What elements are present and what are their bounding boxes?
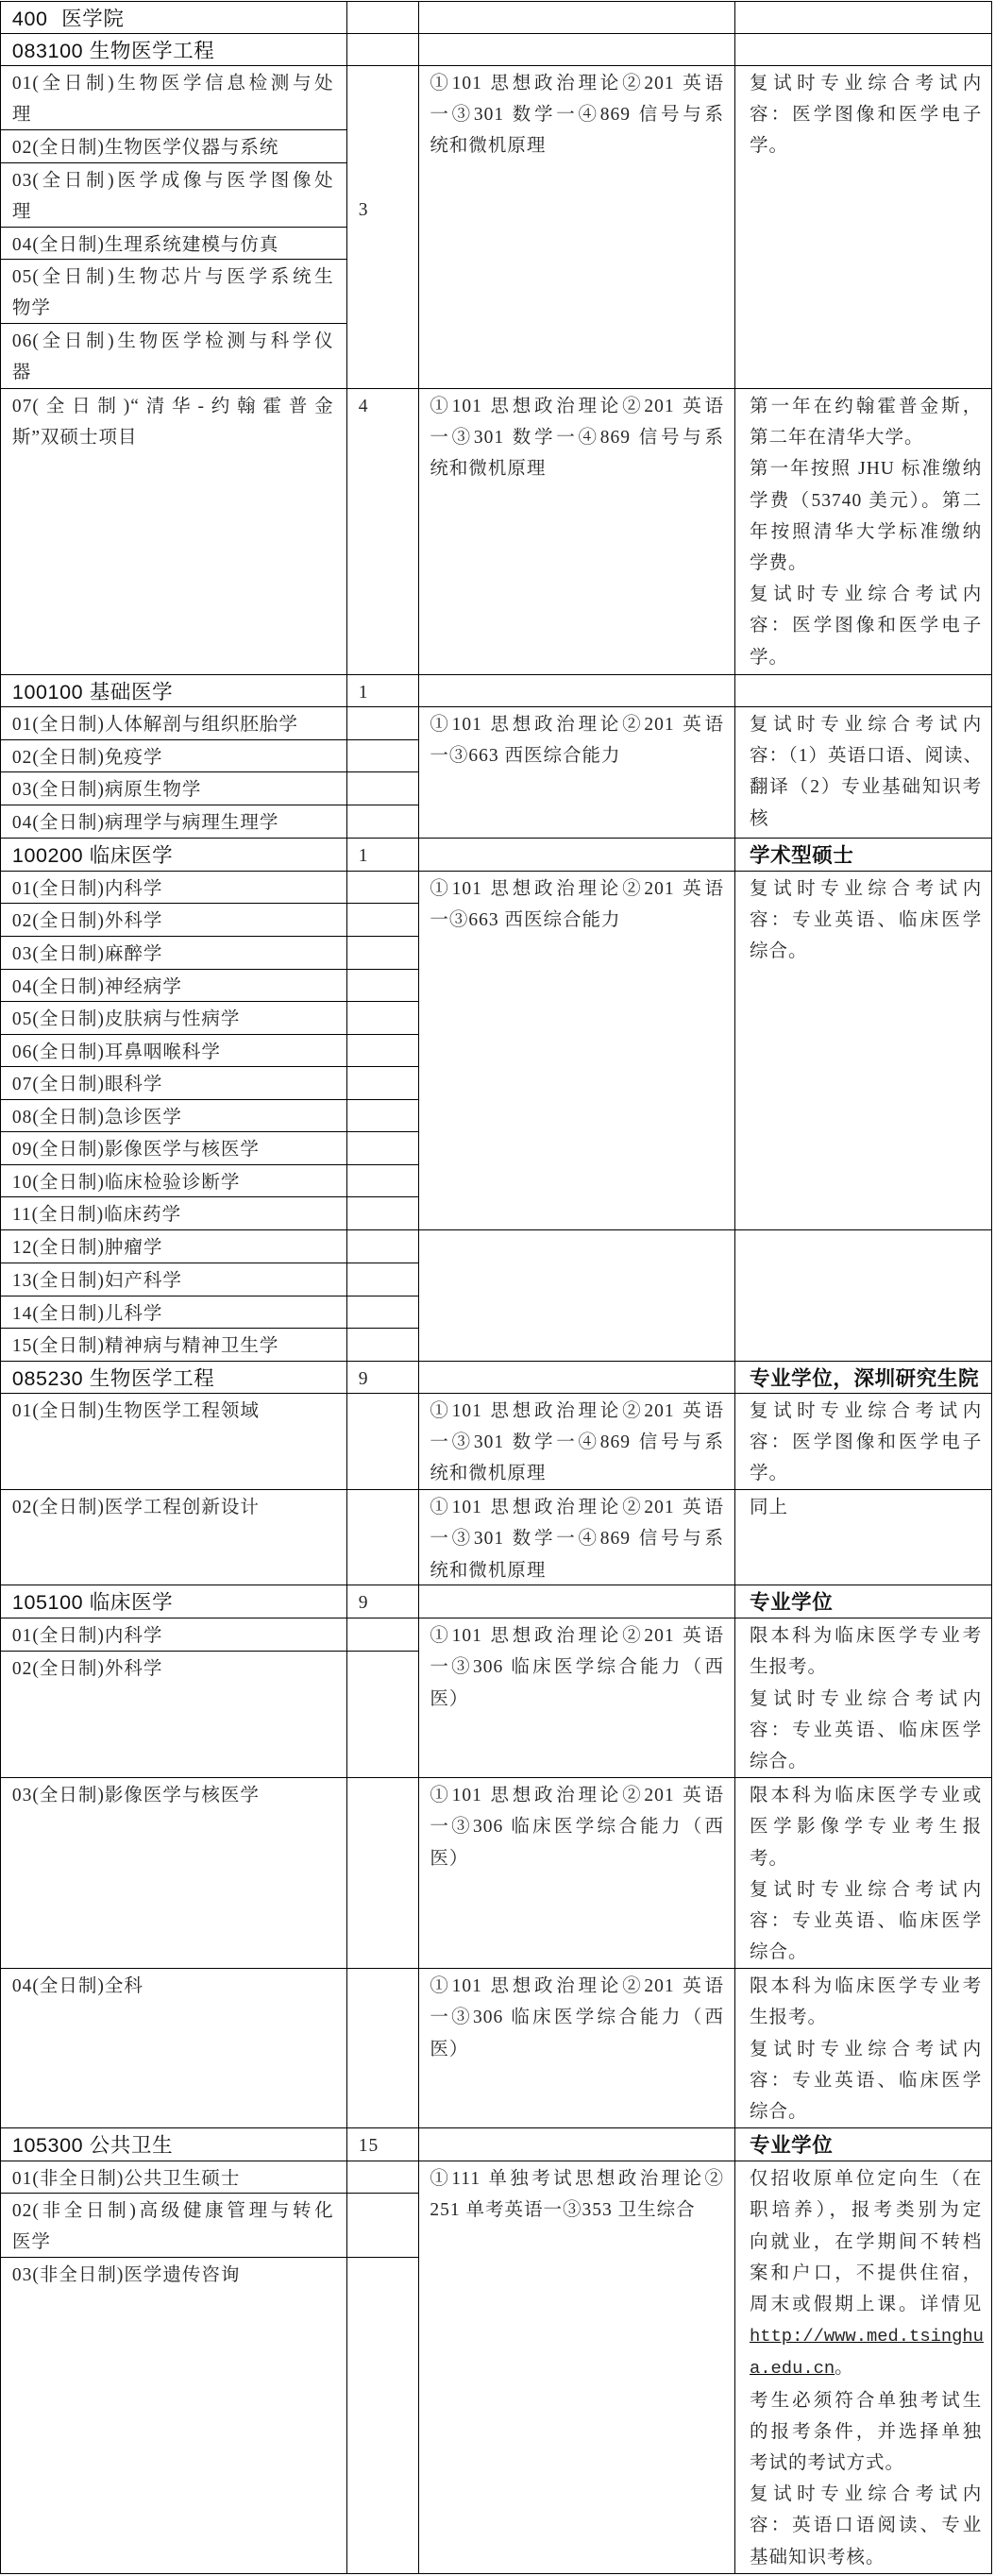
text-line: 年按照清华大学标准缴纳 [750, 517, 982, 548]
text-line: 05(全日制)生物芯片与医学系统生 [12, 262, 334, 293]
quota-cell: 9 [347, 1585, 419, 1618]
direction-cell: 09(全日制)影像医学与核医学 [1, 1132, 346, 1165]
text-line: 容：专业英语、临床医学 [750, 1715, 982, 1746]
text-line: 复试时专业综合考试内 [750, 1396, 982, 1427]
direction-cell: 14(全日制)儿科学 [1, 1296, 346, 1330]
exam-subjects-cell [419, 1230, 735, 1361]
direction-cell: 01(全日制)生物医学工程领域 [1, 1394, 346, 1490]
quota-cell [347, 1394, 419, 1490]
quota-cell [347, 970, 419, 1002]
text-line: 统和微机原理 [430, 453, 724, 484]
text-line: 一③306 临床医学综合能力（西 [430, 1652, 724, 1683]
text-line: 一③301 数学一④869 信号与系 [430, 422, 724, 453]
notes-cell [735, 675, 992, 707]
exam-subjects-cell [419, 2, 735, 34]
text-line: 综合。 [750, 2096, 982, 2127]
text-line: 理 [12, 99, 334, 130]
text-line: 核 [750, 804, 982, 835]
quota-cell [347, 1165, 419, 1197]
text-line: 限本科为临床医学专业考 [750, 1620, 982, 1652]
notes-cell [735, 1230, 992, 1361]
text-line: 复试时专业综合考试内 [750, 2034, 982, 2065]
direction-cell: 06(全日制)耳鼻咽喉科学 [1, 1035, 346, 1067]
text-line: 复试时专业综合考试内 [750, 1874, 982, 1906]
direction-cell: 02(全日制)生物医学仪器与系统 [1, 130, 346, 163]
quota-cell [347, 740, 419, 772]
degree-type-label: 专业学位，深圳研究生院 [735, 1362, 992, 1394]
degree-type-label: 专业学位 [735, 1585, 992, 1618]
text-line: 考试的考试方式。 [750, 2448, 982, 2479]
text-line: 一③663 西医综合能力 [430, 905, 724, 936]
text-line: 复试时专业综合考试内 [750, 579, 982, 610]
direction-cell: 03(全日制)麻醉学 [1, 937, 346, 970]
text-line: 理 [12, 196, 334, 228]
quota-cell [347, 805, 419, 839]
text-line: 统和微机原理 [430, 130, 724, 161]
direction-cell: 01(全日制)人体解剖与组织胚胎学 [1, 707, 346, 740]
quota-cell [347, 1329, 419, 1361]
text-line: 一③306 临床医学综合能力（西 [430, 1811, 724, 1842]
text-line: 考。 [750, 1843, 982, 1874]
direction-cell: 02(非全日制)高级健康管理与转化医学 [1, 2194, 346, 2258]
exam-subjects-cell: ①101 思想政治理论②201 英语一③301 数学一④869 信号与系统和微机… [419, 1394, 735, 1490]
exam-subjects-cell: ①101 思想政治理论②201 英语一③306 临床医学综合能力（西医） [419, 1778, 735, 1969]
direction-cell: 10(全日制)临床检验诊断学 [1, 1165, 346, 1197]
direction-cell: 02(全日制)免疫学 [1, 740, 346, 772]
paragraph: 复试时专业综合考试内容：（1）英语口语、阅读、翻译（2）专业基础知识考核 [750, 709, 982, 835]
exam-subjects-cell: ①101 思想政治理论②201 英语一③663 西医综合能力 [419, 872, 735, 1230]
notes-cell: 同上 [735, 1490, 992, 1585]
quota-cell [347, 2194, 419, 2258]
text-line: 仅招收原单位定向生（在 [750, 2163, 982, 2195]
direction-cell: 02(全日制)医学工程创新设计 [1, 1490, 346, 1585]
program-header: 100100 基础医学 [1, 675, 346, 707]
text-line: 综合。 [750, 1937, 982, 1968]
program-header: 085230 生物医学工程 [1, 1362, 346, 1394]
text-line: 统和微机原理 [430, 1458, 724, 1489]
quota-cell [347, 1778, 419, 1969]
quota-cell [347, 1618, 419, 1652]
quota-cell [347, 707, 419, 740]
direction-cell: 03(全日制)影像医学与核医学 [1, 1778, 346, 1969]
exam-subjects-cell: ①101 思想政治理论②201 英语一③663 西医综合能力 [419, 707, 735, 839]
quota-cell [347, 1100, 419, 1132]
website-link-line: a.edu.cn。 [750, 2352, 982, 2384]
text-line: 限本科为临床医学专业考 [750, 1971, 982, 2002]
notes-cell: 复试时专业综合考试内容：（1）英语口语、阅读、翻译（2）专业基础知识考核 [735, 707, 992, 839]
degree-type-label: 学术型硕士 [735, 839, 992, 872]
text-line: 复试时专业综合考试内 [750, 709, 982, 740]
quota-cell [347, 2258, 419, 2574]
text-line: 一③306 临床医学综合能力（西 [430, 2002, 724, 2033]
text-line: 生报考。 [750, 1652, 982, 1683]
text-line: ①101 思想政治理论②201 英语 [430, 873, 724, 905]
text-line: 01(全日制)生物医学信息检测与处 [12, 68, 334, 99]
text-line: 统和微机原理 [430, 1555, 724, 1586]
program-header: 100200 临床医学 [1, 839, 346, 872]
text-line: 容：（1）英语口语、阅读、 [750, 740, 982, 771]
direction-cell: 11(全日制)临床药学 [1, 1197, 346, 1230]
text-line: 02(非全日制)高级健康管理与转化 [12, 2195, 334, 2227]
direction-cell: 04(全日制)全科 [1, 1969, 346, 2128]
text-line: 复试时专业综合考试内 [750, 2479, 982, 2510]
direction-cell: 07(全日制)“清华-约翰霍普金斯”双硕士项目 [1, 389, 346, 675]
quota-cell: 15 [347, 2128, 419, 2161]
text-line: 学费（53740 美元）。第二 [750, 485, 982, 517]
direction-cell: 07(全日制)眼科学 [1, 1067, 346, 1100]
text-line: 一③301 数学一④869 信号与系 [430, 1427, 724, 1458]
text-line: 容：专业英语、临床医学 [750, 1906, 982, 1937]
text-line: 容：医学图像和医学电子 [750, 610, 982, 641]
notes-cell: 复试时专业综合考试内容：专业英语、临床医学综合。 [735, 872, 992, 1230]
text-line: 03(全日制)医学成像与医学图像处 [12, 165, 334, 196]
website-link-line: http://www.med.tsinghu [750, 2320, 982, 2352]
exam-subjects-cell [419, 839, 735, 872]
text-line: 第一年按照 JHU 标准缴纳 [750, 453, 982, 484]
text-line: ①101 思想政治理论②201 英语 [430, 1780, 724, 1811]
text-line: 限本科为临床医学专业或 [750, 1780, 982, 1811]
quota-cell [347, 1969, 419, 2128]
direction-cell: 01(非全日制)公共卫生硕士 [1, 2161, 346, 2194]
direction-cell: 08(全日制)急诊医学 [1, 1100, 346, 1132]
text-line: 医） [430, 1684, 724, 1715]
notes-cell [735, 2, 992, 34]
paragraph: 复试时专业综合考试内容：医学图像和医学电子学。 [750, 579, 982, 673]
text-line: 第二年在清华大学。 [750, 422, 982, 453]
notes-cell: 限本科为临床医学专业考生报考。复试时专业综合考试内容：专业英语、临床医学综合。 [735, 1618, 992, 1778]
paragraph: 限本科为临床医学专业或医学影像学专业考生报考。 [750, 1780, 982, 1874]
exam-subjects-cell: ①101 思想政治理论②201 英语一③306 临床医学综合能力（西医） [419, 1969, 735, 2128]
text-line: 综合。 [750, 936, 982, 967]
text-line: ①111 单独考试思想政治理论② [430, 2163, 724, 2195]
quota-cell [347, 2, 419, 34]
notes-cell: 第一年在约翰霍普金斯，第二年在清华大学。第一年按照 JHU 标准缴纳学费（537… [735, 389, 992, 675]
notes-intro: 仅招收原单位定向生（在职培养），报考类别为定向就业，在学期间不转档案和户口，不提… [750, 2163, 982, 2320]
quota-cell [347, 1197, 419, 1230]
quota-cell [347, 1652, 419, 1778]
exam-subjects-cell [419, 675, 735, 707]
exam-subjects-cell: ①101 思想政治理论②201 英语一③301 数学一④869 信号与系统和微机… [419, 389, 735, 675]
link-suffix: 。 [835, 2358, 854, 2378]
quota-cell [347, 1132, 419, 1165]
text-line: 学费。 [750, 548, 982, 579]
direction-cell: 03(全日制)病原生物学 [1, 772, 346, 805]
quota-cell: 3 [347, 66, 419, 389]
text-line: ①101 思想政治理论②201 英语 [430, 391, 724, 422]
text-line: 一③301 数学一④869 信号与系 [430, 99, 724, 130]
paragraph: 第一年按照 JHU 标准缴纳学费（53740 美元）。第二年按照清华大学标准缴纳… [750, 453, 982, 579]
paragraph: 限本科为临床医学专业考生报考。 [750, 1620, 982, 1683]
direction-cell: 02(全日制)外科学 [1, 1652, 346, 1778]
direction-cell: 03(全日制)医学成像与医学图像处理 [1, 163, 346, 228]
website-link[interactable]: http://www.med.tsinghu [750, 2326, 984, 2347]
text-line: 容：医学图像和医学电子 [750, 1427, 982, 1458]
text-line: ①101 思想政治理论②201 英语 [430, 1396, 724, 1427]
text-line: 医学影像学专业考生报 [750, 1811, 982, 1842]
paragraph: 复试时专业综合考试内容：专业英语、临床医学综合。 [750, 1874, 982, 1969]
paragraph: 复试时专业综合考试内容：英语口语阅读、专业基础知识考核。 [750, 2479, 982, 2573]
text-line: 06(全日制)生物医学检测与科学仪 [12, 326, 334, 357]
direction-cell: 13(全日制)妇产科学 [1, 1263, 346, 1296]
quota-cell [347, 1230, 419, 1263]
quota-cell [347, 2161, 419, 2194]
text-line: 医） [430, 1843, 724, 1874]
text-line: 容：英语口语阅读、专业 [750, 2510, 982, 2541]
direction-cell: 01(全日制)内科学 [1, 872, 346, 904]
direction-cell: 06(全日制)生物医学检测与科学仪器 [1, 324, 346, 389]
direction-cell: 03(非全日制)医学遗传咨询 [1, 2258, 346, 2574]
quota-cell [347, 34, 419, 66]
quota-cell [347, 1002, 419, 1035]
text-line: 斯”双硕士项目 [12, 422, 334, 453]
text-line: ①101 思想政治理论②201 英语 [430, 1620, 724, 1652]
quota-cell [347, 904, 419, 937]
paragraph: 复试时专业综合考试内容：专业英语、临床医学综合。 [750, 873, 982, 968]
text-line: 周末或假期上课。详情见 [750, 2289, 982, 2320]
direction-cell: 05(全日制)皮肤病与性病学 [1, 1002, 346, 1035]
quota-cell: 4 [347, 389, 419, 675]
text-line: ①101 思想政治理论②201 英语 [430, 1971, 724, 2002]
quota-cell: 1 [347, 839, 419, 872]
notes-cell: 限本科为临床医学专业或医学影像学专业考生报考。复试时专业综合考试内容：专业英语、… [735, 1778, 992, 1969]
program-header: 083100 生物医学工程 [1, 34, 346, 66]
quota-cell [347, 1067, 419, 1100]
website-link[interactable]: a.edu.cn [750, 2358, 835, 2379]
exam-subjects-cell [419, 1585, 735, 1618]
text-line: 的报考条件，并选择单独 [750, 2416, 982, 2448]
text-line: 251 单考英语一③353 卫生综合 [430, 2195, 724, 2226]
text-line: 容：医学图像和医学电子 [750, 99, 982, 130]
quota-cell [347, 937, 419, 970]
notes-cell: 限本科为临床医学专业考生报考。复试时专业综合考试内容：专业英语、临床医学综合。 [735, 1969, 992, 2128]
program-header: 105100 临床医学 [1, 1585, 346, 1618]
text-line: 向就业，在学期间不转档 [750, 2227, 982, 2258]
notes-cell: 仅招收原单位定向生（在职培养），报考类别为定向就业，在学期间不转档案和户口，不提… [735, 2161, 992, 2574]
text-line: 医） [430, 2034, 724, 2065]
paragraph: 复试时专业综合考试内容：专业英语、临床医学综合。 [750, 2034, 982, 2128]
text-line: 学。 [750, 130, 982, 161]
quota-cell: 1 [347, 675, 419, 707]
exam-subjects-cell [419, 34, 735, 66]
direction-cell: 04(全日制)生理系统建模与仿真 [1, 228, 346, 260]
text-line: 07(全日制)“清华-约翰霍普金 [12, 391, 334, 422]
text-line: 复试时专业综合考试内 [750, 68, 982, 99]
paragraph: 第一年在约翰霍普金斯，第二年在清华大学。 [750, 391, 982, 453]
text-line: 生报考。 [750, 2002, 982, 2033]
quota-cell [347, 1263, 419, 1296]
notes-cell: 复试时专业综合考试内容：医学图像和医学电子学。 [735, 1394, 992, 1490]
direction-cell: 15(全日制)精神病与精神卫生学 [1, 1329, 346, 1361]
direction-cell: 12(全日制)肿瘤学 [1, 1230, 346, 1263]
degree-type-label: 专业学位 [735, 2128, 992, 2161]
direction-cell: 01(全日制)内科学 [1, 1618, 346, 1652]
department-title: 400 医学院 [1, 2, 346, 34]
notes-cell [735, 34, 992, 66]
quota-cell [347, 772, 419, 805]
text-line: ①101 思想政治理论②201 英语 [430, 709, 724, 740]
text-line: 考生必须符合单独考试生 [750, 2385, 982, 2416]
text-line: 医学 [12, 2227, 334, 2258]
admissions-table: 400 医学院 083100 生物医学工程 01(全日制)生物医学信息检测与处理… [0, 1, 992, 2574]
exam-subjects-cell [419, 1362, 735, 1394]
exam-subjects-cell [419, 2128, 735, 2161]
exam-subjects-cell: ①101 思想政治理论②201 英语一③306 临床医学综合能力（西医） [419, 1618, 735, 1778]
text-line: 职培养），报考类别为定 [750, 2195, 982, 2226]
text-line: 第一年在约翰霍普金斯， [750, 391, 982, 422]
text-line: 学。 [750, 642, 982, 673]
notes-rest: 考生必须符合单独考试生的报考条件，并选择单独考试的考试方式。复试时专业综合考试内… [750, 2385, 982, 2573]
direction-cell: 04(全日制)神经病学 [1, 970, 346, 1002]
text-line: ①101 思想政治理论②201 英语 [430, 68, 724, 99]
text-line: 容：专业英语、临床医学 [750, 905, 982, 936]
quota-cell [347, 1490, 419, 1585]
quota-cell [347, 1296, 419, 1330]
quota-cell [347, 872, 419, 904]
paragraph: 复试时专业综合考试内容：医学图像和医学电子学。 [750, 68, 982, 162]
text-line: 物学 [12, 293, 334, 324]
quota-cell [347, 1035, 419, 1067]
text-line: 一③663 西医综合能力 [430, 740, 724, 771]
text-line: ①101 思想政治理论②201 英语 [430, 1492, 724, 1523]
text-line: 案和户口，不提供住宿， [750, 2258, 982, 2289]
program-header: 105300 公共卫生 [1, 2128, 346, 2161]
text-line: 器 [12, 357, 334, 388]
paragraph: 考生必须符合单独考试生的报考条件，并选择单独考试的考试方式。 [750, 2385, 982, 2480]
exam-subjects-cell: ①111 单独考试思想政治理论②251 单考英语一③353 卫生综合 [419, 2161, 735, 2574]
text-line: 基础知识考核。 [750, 2542, 982, 2573]
paragraph: 复试时专业综合考试内容：专业英语、临床医学综合。 [750, 1684, 982, 1778]
text-line: 复试时专业综合考试内 [750, 1684, 982, 1715]
direction-cell: 02(全日制)外科学 [1, 904, 346, 937]
paragraph: 复试时专业综合考试内容：医学图像和医学电子学。 [750, 1396, 982, 1490]
notes-cell: 复试时专业综合考试内容：医学图像和医学电子学。 [735, 66, 992, 389]
exam-subjects-cell: ①101 思想政治理论②201 英语一③301 数学一④869 信号与系统和微机… [419, 1490, 735, 1585]
direction-cell: 05(全日制)生物芯片与医学系统生物学 [1, 260, 346, 324]
text-line: 复试时专业综合考试内 [750, 873, 982, 905]
direction-cell: 01(全日制)生物医学信息检测与处理 [1, 66, 346, 130]
text-line: 学。 [750, 1458, 982, 1489]
paragraph: 限本科为临床医学专业考生报考。 [750, 1971, 982, 2033]
text-line: 一③301 数学一④869 信号与系 [430, 1523, 724, 1554]
text-line: 综合。 [750, 1746, 982, 1777]
text-line: 容：专业英语、临床医学 [750, 2065, 982, 2096]
exam-subjects-cell: ①101 思想政治理论②201 英语一③301 数学一④869 信号与系统和微机… [419, 66, 735, 389]
direction-cell: 04(全日制)病理学与病理生理学 [1, 805, 346, 839]
text-line: 翻译（2）专业基础知识考 [750, 771, 982, 803]
quota-cell: 9 [347, 1362, 419, 1394]
